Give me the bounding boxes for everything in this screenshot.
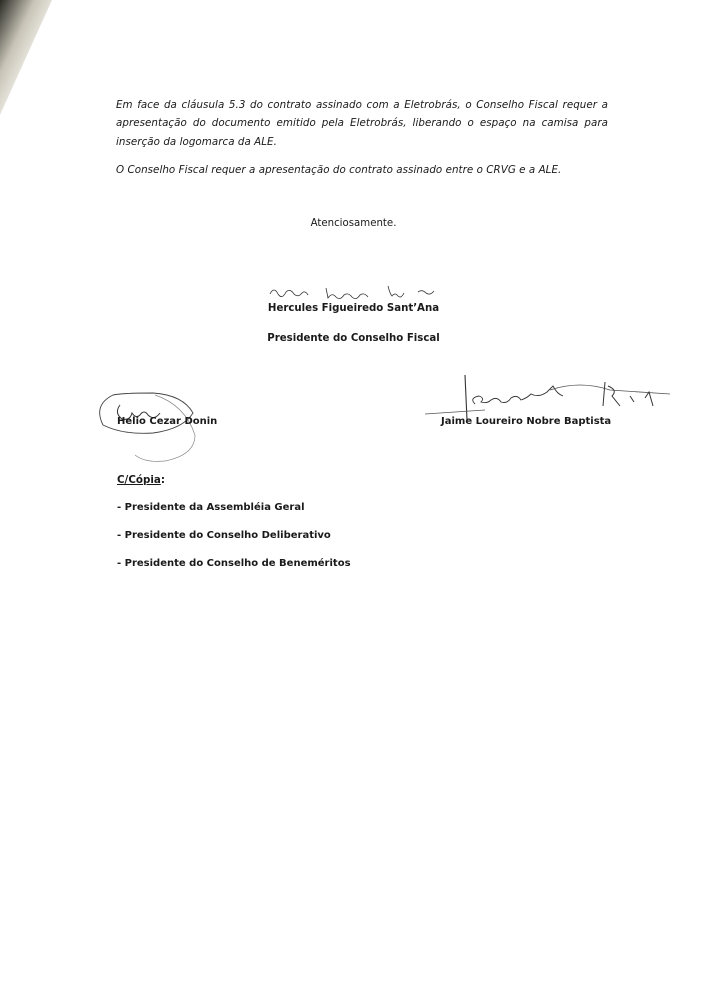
copies-heading: C/Cópia: (117, 474, 165, 486)
co-signatory-name-right: Jaime Loureiro Nobre Baptista (441, 416, 611, 427)
copy-recipient: - Presidente do Conselho de Beneméritos (117, 558, 351, 569)
paragraph-contract-request: O Conselho Fiscal requer a apresentação … (116, 161, 608, 179)
handwritten-signature-main (268, 282, 458, 302)
copy-recipient: - Presidente do Conselho Deliberativo (117, 530, 331, 541)
main-signatory-role: Presidente do Conselho Fiscal (0, 333, 707, 344)
copies-title: C/Cópia (117, 474, 161, 486)
main-signatory-name: Hercules Figueiredo Sant’Ana (0, 303, 707, 314)
copies-title-colon: : (161, 474, 165, 486)
scan-page-corner-fold (0, 0, 60, 120)
closing-text: Atenciosamente. (0, 218, 707, 229)
copy-recipient: - Presidente da Assembléia Geral (117, 502, 305, 513)
paragraph-clause: Em face da cláusula 5.3 do contrato assi… (116, 96, 608, 151)
co-signatory-name-left: Helio Cezar Donin (117, 416, 217, 427)
